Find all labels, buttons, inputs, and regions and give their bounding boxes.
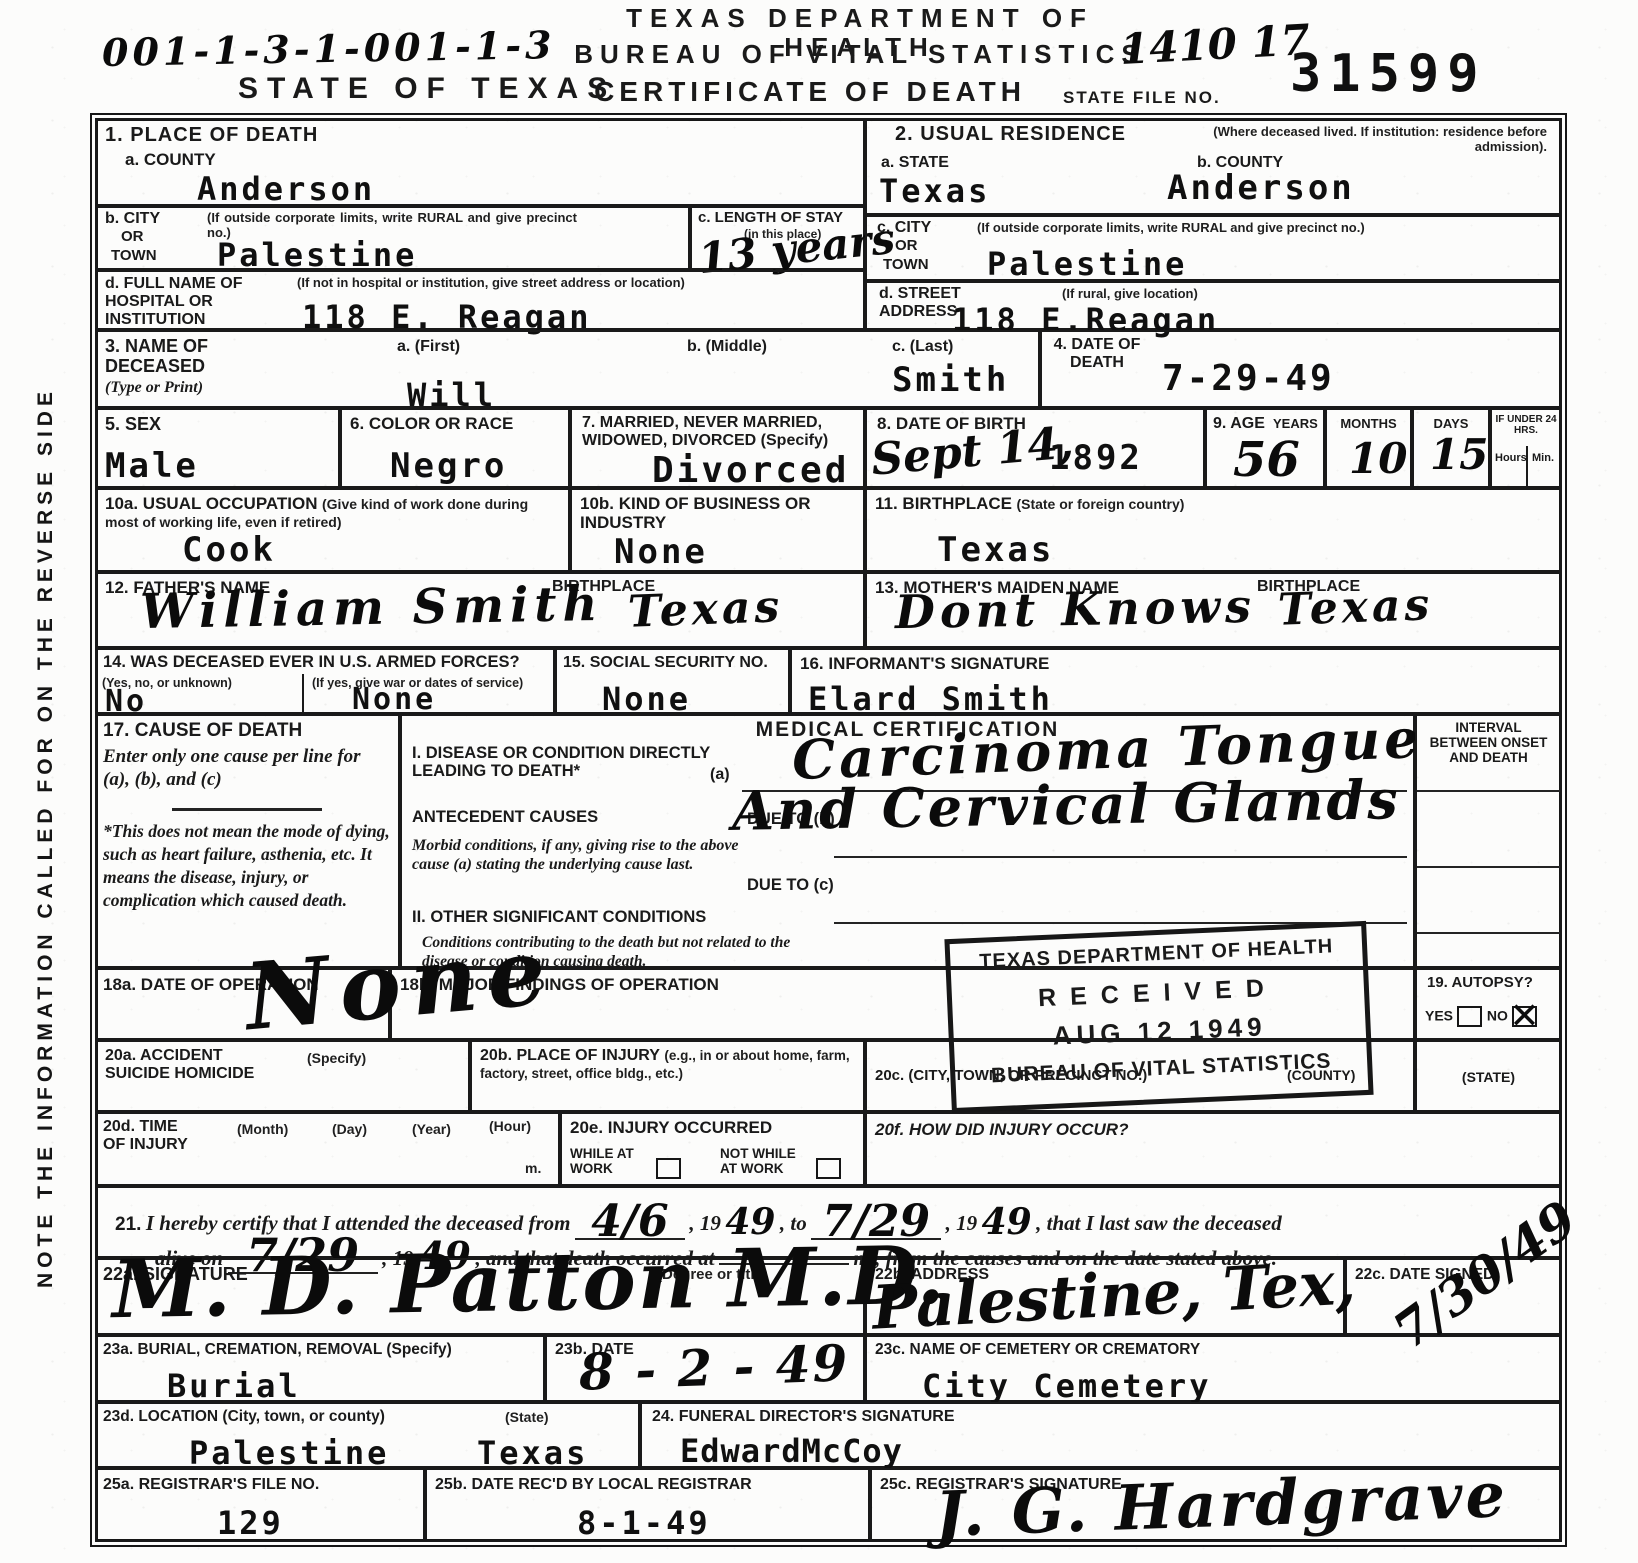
cause-note1: Enter only one cause per line for (a), (…	[103, 746, 383, 792]
how-injury-label: 20f. HOW DID INJURY OCCUR?	[875, 1120, 1128, 1139]
cause-note2: *This does not mean the mode of dying, s…	[103, 820, 393, 912]
residence-city-label-1: c. CITY	[877, 219, 931, 237]
cemetery-value: City Cemetery	[922, 1367, 1211, 1405]
operation-value: None	[242, 925, 560, 1044]
accident-label: 20a. ACCIDENT SUICIDE HOMICIDE	[105, 1047, 255, 1083]
stamp-line1: TEXAS DEPARTMENT OF HEALTH	[950, 934, 1363, 974]
middle-name-label: b. (Middle)	[687, 338, 767, 356]
time-of-injury-label: 20d. TIME OF INJURY	[103, 1118, 193, 1154]
age-hours-label: Hours	[1495, 452, 1527, 464]
age-months-cell: MONTHS 10	[1325, 408, 1412, 488]
birthplace-value: Texas	[937, 530, 1054, 570]
received-stamp: TEXAS DEPARTMENT OF HEALTH RECEIVED AUG …	[944, 921, 1373, 1113]
stamp-line2: RECEIVED	[952, 970, 1365, 1016]
place-of-injury-label: 20b. PLACE OF INJURY	[480, 1047, 660, 1064]
disease-label: I. DISEASE OR CONDITION DIRECTLY LEADING…	[412, 744, 712, 781]
name-cell: 3. NAME OF DECEASED (Type or Print) a. (…	[95, 330, 1040, 408]
marital-value: Divorced	[652, 450, 849, 491]
date-of-death-cell: 4. DATE OF DEATH 7-29-49	[1040, 330, 1562, 408]
funeral-director-cell: 24. FUNERAL DIRECTOR'S SIGNATURE EdwardM…	[640, 1402, 1562, 1468]
city-of-death-cell: b. CITY OR TOWN (If outside corporate li…	[95, 206, 690, 270]
registrar-file-cell: 25a. REGISTRAR'S FILE NO. 129	[95, 1468, 425, 1542]
birthplace-label: 11. BIRTHPLACE	[875, 494, 1012, 513]
autopsy-no-checkmark: ✕	[1509, 996, 1539, 1037]
city-label-2: OR	[121, 229, 144, 246]
autopsy-cell: 19. AUTOPSY? YES NO ✕	[1415, 968, 1562, 1040]
age-years-label: YEARS	[1273, 417, 1318, 432]
age-under24-label: IF UNDER 24 HRS.	[1493, 414, 1559, 436]
burial-location-label: 23d. LOCATION (City, town, or county)	[103, 1408, 385, 1425]
not-while-at-work-checkbox	[816, 1158, 841, 1179]
armed-forces-value2: None	[352, 682, 436, 717]
interval-line-a	[1417, 790, 1560, 792]
funeral-director-value: EdwardMcCoy	[680, 1432, 903, 1470]
age-years-value: 56	[1233, 436, 1300, 484]
burial-date-value: 8 - 2 - 49	[578, 1338, 850, 1397]
autopsy-no-checkbox: ✕	[1512, 1006, 1537, 1027]
informant-label: 16. INFORMANT'S SIGNATURE	[800, 654, 1049, 673]
sex-value: Male	[105, 446, 199, 486]
while-at-work-checkbox	[656, 1158, 681, 1179]
age-months-value: 10	[1349, 438, 1407, 480]
burial-date-cell: 23b. DATE 8 - 2 - 49	[545, 1335, 865, 1402]
burial-cell: 23a. BURIAL, CREMATION, REMOVAL (Specify…	[95, 1335, 545, 1402]
sex-label: 5. SEX	[105, 414, 161, 434]
last-name-label: c. (Last)	[892, 338, 953, 356]
not-while-at-work-label: NOT WHILE AT WORK	[720, 1146, 812, 1176]
marital-label: 7. MARRIED, NEVER MARRIED, WIDOWED, DIVO…	[582, 414, 862, 450]
time-of-injury-cell: 20d. TIME OF INJURY (Month) (Day) (Year)…	[95, 1112, 560, 1186]
burial-label: 23a. BURIAL, CREMATION, REMOVAL (Specify…	[103, 1341, 452, 1358]
accident-cell: 20a. ACCIDENT SUICIDE HOMICIDE (Specify)	[95, 1040, 470, 1112]
burial-state-note: (State)	[505, 1409, 549, 1425]
race-value: Negro	[390, 446, 507, 486]
page-title: CERTIFICATE OF DEATH	[575, 76, 1045, 107]
residence-city-label-3: TOWN	[883, 257, 929, 274]
residence-title: 2. USUAL RESIDENCE	[895, 123, 1126, 145]
header-line2: BUREAU OF VITAL STATISTICS	[570, 40, 1150, 69]
business-label: 10b. KIND OF BUSINESS OR INDUSTRY	[580, 494, 860, 532]
registrar-date-value: 8-1-49	[577, 1504, 711, 1542]
funeral-director-label: 24. FUNERAL DIRECTOR'S SIGNATURE	[652, 1408, 955, 1426]
residence-state-label: a. STATE	[881, 154, 949, 172]
cemetery-cell: 23c. NAME OF CEMETERY OR CREMATORY City …	[865, 1335, 1562, 1402]
city-label-1: b. CITY	[105, 210, 160, 228]
place-of-injury-cell: 20b. PLACE OF INJURY (e.g., in or about …	[470, 1040, 865, 1112]
state-file-no-label: STATE FILE NO.	[1063, 88, 1221, 107]
cemetery-label: 23c. NAME OF CEMETERY OR CREMATORY	[875, 1341, 1200, 1358]
date-of-death-label: 4. DATE OF DEATH	[1052, 336, 1142, 372]
interval-line-b	[1417, 866, 1560, 868]
registrar-date-label: 25b. DATE REC'D BY LOCAL REGISTRAR	[435, 1476, 752, 1494]
place-of-death-title: 1. PLACE OF DEATH	[105, 124, 318, 146]
residence-city-value: Palestine	[987, 245, 1187, 283]
interval-label: INTERVAL BETWEEN ONSET AND DEATH	[1421, 720, 1556, 765]
handwritten-file-code: 001-1-3-1-001-1-3	[102, 26, 556, 72]
physician-signature-value: M. D. Patton M.D.	[111, 1235, 947, 1330]
day-note: (Day)	[332, 1121, 367, 1137]
hour-note: (Hour)	[489, 1118, 531, 1134]
age-days-cell: DAYS 15	[1412, 408, 1490, 488]
due-c-label: DUE TO (c)	[747, 876, 834, 894]
injury-state-note: (STATE)	[1417, 1070, 1560, 1086]
armed-forces-cell: 14. WAS DECEASED EVER IN U.S. ARMED FORC…	[95, 648, 555, 714]
ssn-value: None	[602, 680, 691, 718]
interval-line-c	[1417, 932, 1560, 934]
injury-occurred-label: 20e. INJURY OCCURRED	[570, 1118, 772, 1137]
state-of-texas: STATE OF TEXAS	[238, 72, 616, 106]
injury-state-cell: (STATE)	[1415, 1040, 1562, 1112]
business-value: None	[614, 532, 708, 572]
street-address-cell: d. STREET ADDRESS (If rural, give locati…	[865, 281, 1562, 330]
autopsy-yes-checkbox	[1457, 1006, 1482, 1027]
cause-label: 17. CAUSE OF DEATH	[103, 720, 302, 741]
age-under24-cell: IF UNDER 24 HRS. Hours Min.	[1490, 408, 1562, 488]
residence-cell: 2. USUAL RESIDENCE (Where deceased lived…	[865, 118, 1562, 215]
registrar-file-value: 129	[217, 1504, 284, 1542]
occupation-label: 10a. USUAL OCCUPATION	[105, 494, 318, 513]
mother-birthplace-value: Texas	[1277, 583, 1434, 632]
registrar-date-cell: 25b. DATE REC'D BY LOCAL REGISTRAR 8-1-4…	[425, 1468, 870, 1542]
street-note: (If rural, give location)	[1062, 287, 1198, 302]
autopsy-no-label: NO	[1487, 1008, 1508, 1024]
armed-forces-divider	[302, 674, 304, 714]
age-min-label: Min.	[1532, 452, 1554, 464]
age-days-value: 15	[1430, 434, 1488, 476]
sex-cell: 5. SEX Male	[95, 408, 340, 488]
county-label: a. COUNTY	[125, 150, 216, 169]
residence-city-cell: c. CITY OR TOWN (If outside corporate li…	[865, 215, 1562, 281]
disease-b-value: And Cervical Glands	[732, 772, 1401, 838]
ssn-label: 15. SOCIAL SECURITY NO.	[563, 654, 768, 672]
disease-a-label: (a)	[710, 766, 730, 784]
autopsy-label: 19. AUTOPSY?	[1427, 975, 1533, 992]
armed-forces-label: 14. WAS DECEASED EVER IN U.S. ARMED FORC…	[103, 653, 520, 671]
first-name-label: a. (First)	[397, 338, 460, 356]
cause-of-death-cell: 17. CAUSE OF DEATH Enter only one cause …	[95, 714, 400, 968]
burial-location-value: Palestine	[189, 1434, 389, 1472]
handwritten-number: 1410 17	[1119, 19, 1311, 71]
registrar-signature-value: J. G. Hardgrave	[934, 1464, 1509, 1546]
residence-title-note: (Where deceased lived. If institution: r…	[1197, 125, 1547, 155]
burial-location-cell: 23d. LOCATION (City, town, or county) (S…	[95, 1402, 640, 1468]
residence-state-value: Texas	[879, 172, 990, 210]
father-name-value: William Smith	[140, 580, 604, 636]
residence-city-note: (If outside corporate limits, write RURA…	[977, 221, 1537, 236]
certify-number: 21.	[115, 1214, 141, 1235]
birth-date-cell: 8. DATE OF BIRTH Sept 14, 1892	[865, 408, 1205, 488]
mother-name-value: Dont Knows	[895, 583, 1257, 635]
race-label: 6. COLOR OR RACE	[350, 414, 513, 433]
occupation-cell: 10a. USUAL OCCUPATION (Give kind of work…	[95, 488, 570, 572]
ssn-cell: 15. SOCIAL SECURITY NO. None	[555, 648, 790, 714]
stamp-line3: AUG 12 1949	[953, 1008, 1366, 1055]
hospital-note: (If not in hospital or institution, give…	[297, 276, 857, 291]
accident-specify-note: (Specify)	[307, 1050, 366, 1066]
informant-cell: 16. INFORMANT'S SIGNATURE Elard Smith	[790, 648, 1562, 714]
race-cell: 6. COLOR OR RACE Negro	[340, 408, 570, 488]
place-of-death-cell: 1. PLACE OF DEATH a. COUNTY Anderson	[95, 118, 865, 206]
cause-divider-line	[172, 808, 322, 811]
business-cell: 10b. KIND OF BUSINESS OR INDUSTRY None	[570, 488, 865, 572]
last-name-value: Smith	[892, 360, 1009, 400]
city-label-3: TOWN	[111, 248, 157, 265]
injury-occurred-cell: 20e. INJURY OCCURRED WHILE AT WORK NOT W…	[560, 1112, 865, 1186]
while-at-work-label: WHILE AT WORK	[570, 1146, 652, 1176]
antecedent-label: ANTECEDENT CAUSES	[412, 808, 598, 826]
registrar-file-label: 25a. REGISTRAR'S FILE NO.	[103, 1476, 319, 1494]
age-years-cell: 9. AGE YEARS 56	[1205, 408, 1325, 488]
residence-city-label-2: OR	[895, 238, 918, 255]
informant-value: Elard Smith	[808, 680, 1053, 718]
stamp-line4: BUREAU OF VITAL STATISTICS	[955, 1048, 1368, 1089]
interval-cell: INTERVAL BETWEEN ONSET AND DEATH	[1415, 714, 1562, 968]
age-label: 9. AGE	[1213, 415, 1265, 433]
name-label-note: (Type or Print)	[105, 378, 203, 397]
other-conditions-label: II. OTHER SIGNIFICANT CONDITIONS	[412, 908, 706, 926]
burial-value: Burial	[167, 1367, 301, 1405]
father-birthplace-value: Texas	[627, 585, 784, 634]
hospital-cell: d. FULL NAME OF HOSPITAL OR INSTITUTION …	[95, 270, 865, 330]
reverse-side-note: NOTE THE INFORMATION CALLED FOR ON THE R…	[34, 336, 58, 1288]
date-of-death-value: 7-29-49	[1162, 358, 1335, 399]
birthplace-cell: 11. BIRTHPLACE (State or foreign country…	[865, 488, 1562, 572]
m-note: m.	[525, 1160, 541, 1176]
birthplace-note: (State or foreign country)	[1016, 496, 1184, 512]
residence-county-value: Anderson	[1167, 168, 1355, 208]
death-certificate-scan: 001-1-3-1-001-1-3 STATE OF TEXAS TEXAS D…	[0, 0, 1638, 1563]
name-label: 3. NAME OF DECEASED	[105, 336, 265, 376]
occupation-value: Cook	[182, 530, 276, 570]
year-note: (Year)	[412, 1121, 451, 1137]
city-of-death-value: Palestine	[217, 236, 417, 274]
hospital-label: d. FULL NAME OF HOSPITAL OR INSTITUTION	[105, 275, 290, 329]
autopsy-yes-label: YES	[1425, 1008, 1453, 1024]
antecedent-note: Morbid conditions, if any, giving rise t…	[412, 836, 747, 874]
burial-state-value: Texas	[477, 1434, 588, 1472]
how-injury-cell: 20f. HOW DID INJURY OCCUR?	[865, 1112, 1562, 1186]
age-months-label: MONTHS	[1327, 417, 1410, 432]
due-b-line	[834, 856, 1407, 858]
marital-cell: 7. MARRIED, NEVER MARRIED, WIDOWED, DIVO…	[570, 408, 865, 488]
month-note: (Month)	[237, 1121, 288, 1137]
state-file-number: 31599	[1290, 44, 1487, 104]
birth-date-typed: 1892	[1049, 438, 1143, 478]
county-value: Anderson	[197, 170, 375, 208]
